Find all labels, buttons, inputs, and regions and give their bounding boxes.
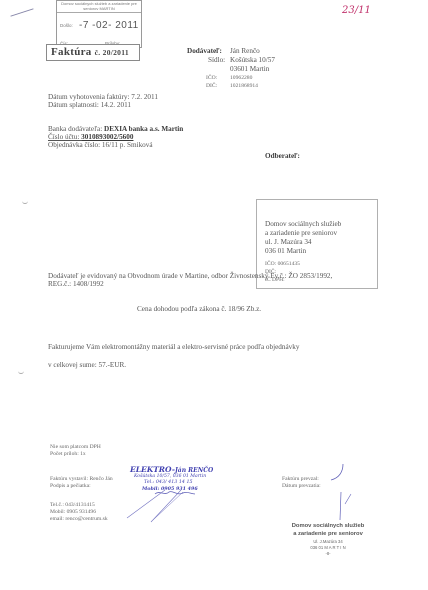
registration-line2: REG.č.: 1408/1992 [48,280,104,289]
account-number: 3010893002/5600 [81,133,133,141]
supplier-dic: 1021868914 [230,83,258,90]
handwritten-note: 23/11 [342,5,371,16]
customer-stamp-line3: Ul. J.Mazúra 34 [288,539,368,544]
customer-line3: ul. J. Mazúra 34 [265,238,312,247]
stamp-date: -7 -02- 2011 [79,20,139,31]
issued-by: Faktúru vystavil: Renčo Ján [50,476,113,483]
punch-hole-mark [22,199,28,204]
supplier-stamp-line3: Tel.: 043/ 413 14 15 [144,480,193,485]
supplier-stamp-brand: ELEKTRO- [130,465,175,474]
bank-label: Banka dodávateľa: [48,125,104,133]
customer-stamp-line2: a zariadenie pre seniorov [288,531,368,537]
vat-note: Nie som platcom DPH [50,444,101,451]
phone: Tel.č.: 043/4131415 [50,502,95,509]
supplier-dic-label: DIČ: [206,83,217,90]
supplier-label: Dodávateľ: [187,47,222,56]
received-date: Dátum prevzatia: [282,483,321,490]
invoice-title-word: Faktúra [51,46,92,58]
customer-stamp-line5: -8- [288,551,368,556]
supplier-ico-label: IČO: [206,75,217,82]
account-label: Číslo účtu: [48,133,81,141]
supplier-street: Košútska 10/57 [230,56,275,65]
customer-stamp-line1: Domov sociálnych služieb [288,523,368,529]
bank-name: DEXIA banka a.s. Martin [104,125,183,133]
supplier-ico: 10962280 [230,75,252,82]
order-number: Objednávka číslo: 16/11 p. Smiková [48,141,153,150]
recipient-signature-icon [325,462,365,522]
received-by: Faktúru prevzal: [282,476,319,483]
supplier-sidlo-label: Sídlo: [208,56,225,65]
mobile: Mobil: 0905 931496 [50,509,96,516]
pen-stroke-mark [10,8,33,16]
customer-stamp-line4: 036 01 M A R T I N [288,545,368,550]
supplier-name: Ján Renčo [230,47,260,56]
invoice-number: č. 20/2011 [95,48,129,57]
signature-label: Podpis a pečiatka: [50,483,91,490]
supplier-stamp-line1: ELEKTRO-Ján RENČO [130,465,213,474]
received-stamp: Domov sociálnych služieb a zariadenie pr… [56,0,142,48]
supplier-stamp-line2: Košútska 10/57, 036 01 Martin [134,474,206,479]
stamp-organization: Domov sociálnych služieb a zariadenie pr… [57,1,141,13]
attachments-count: Počet príloh: 1x [50,451,86,458]
customer-ico: IČO: 00651435 [265,261,300,268]
supplier-stamp-owner: Ján RENČO [175,467,213,474]
supplier-city: 03601 Martin [230,65,269,74]
customer-label: Odberateľ: [265,152,300,161]
email: email: renco@centrum.sk [50,516,108,523]
punch-hole-mark [18,369,24,374]
body-line1: Fakturujeme Vám elektromontážny materiál… [48,343,299,352]
invoice-title: Faktúra č. 20/2011 [51,46,129,58]
invoice-title-box: Faktúra č. 20/2011 [46,44,140,61]
customer-line4: 036 01 Martin [265,247,306,256]
price-note: Cena dohodou podľa zákona č. 18/96 Zb.z. [137,305,261,314]
supplier-signature-icon [125,488,215,524]
body-line2: v celkovej sume: 57.-EUR. [48,361,126,370]
due-date: Dátum splatnosti: 14.2. 2011 [48,101,131,110]
customer-line1: Domov sociálnych služieb [265,220,341,229]
customer-line2: a zariadenie pre seniorov [265,229,337,238]
stamp-dosle-label: Došlo: [60,23,73,28]
